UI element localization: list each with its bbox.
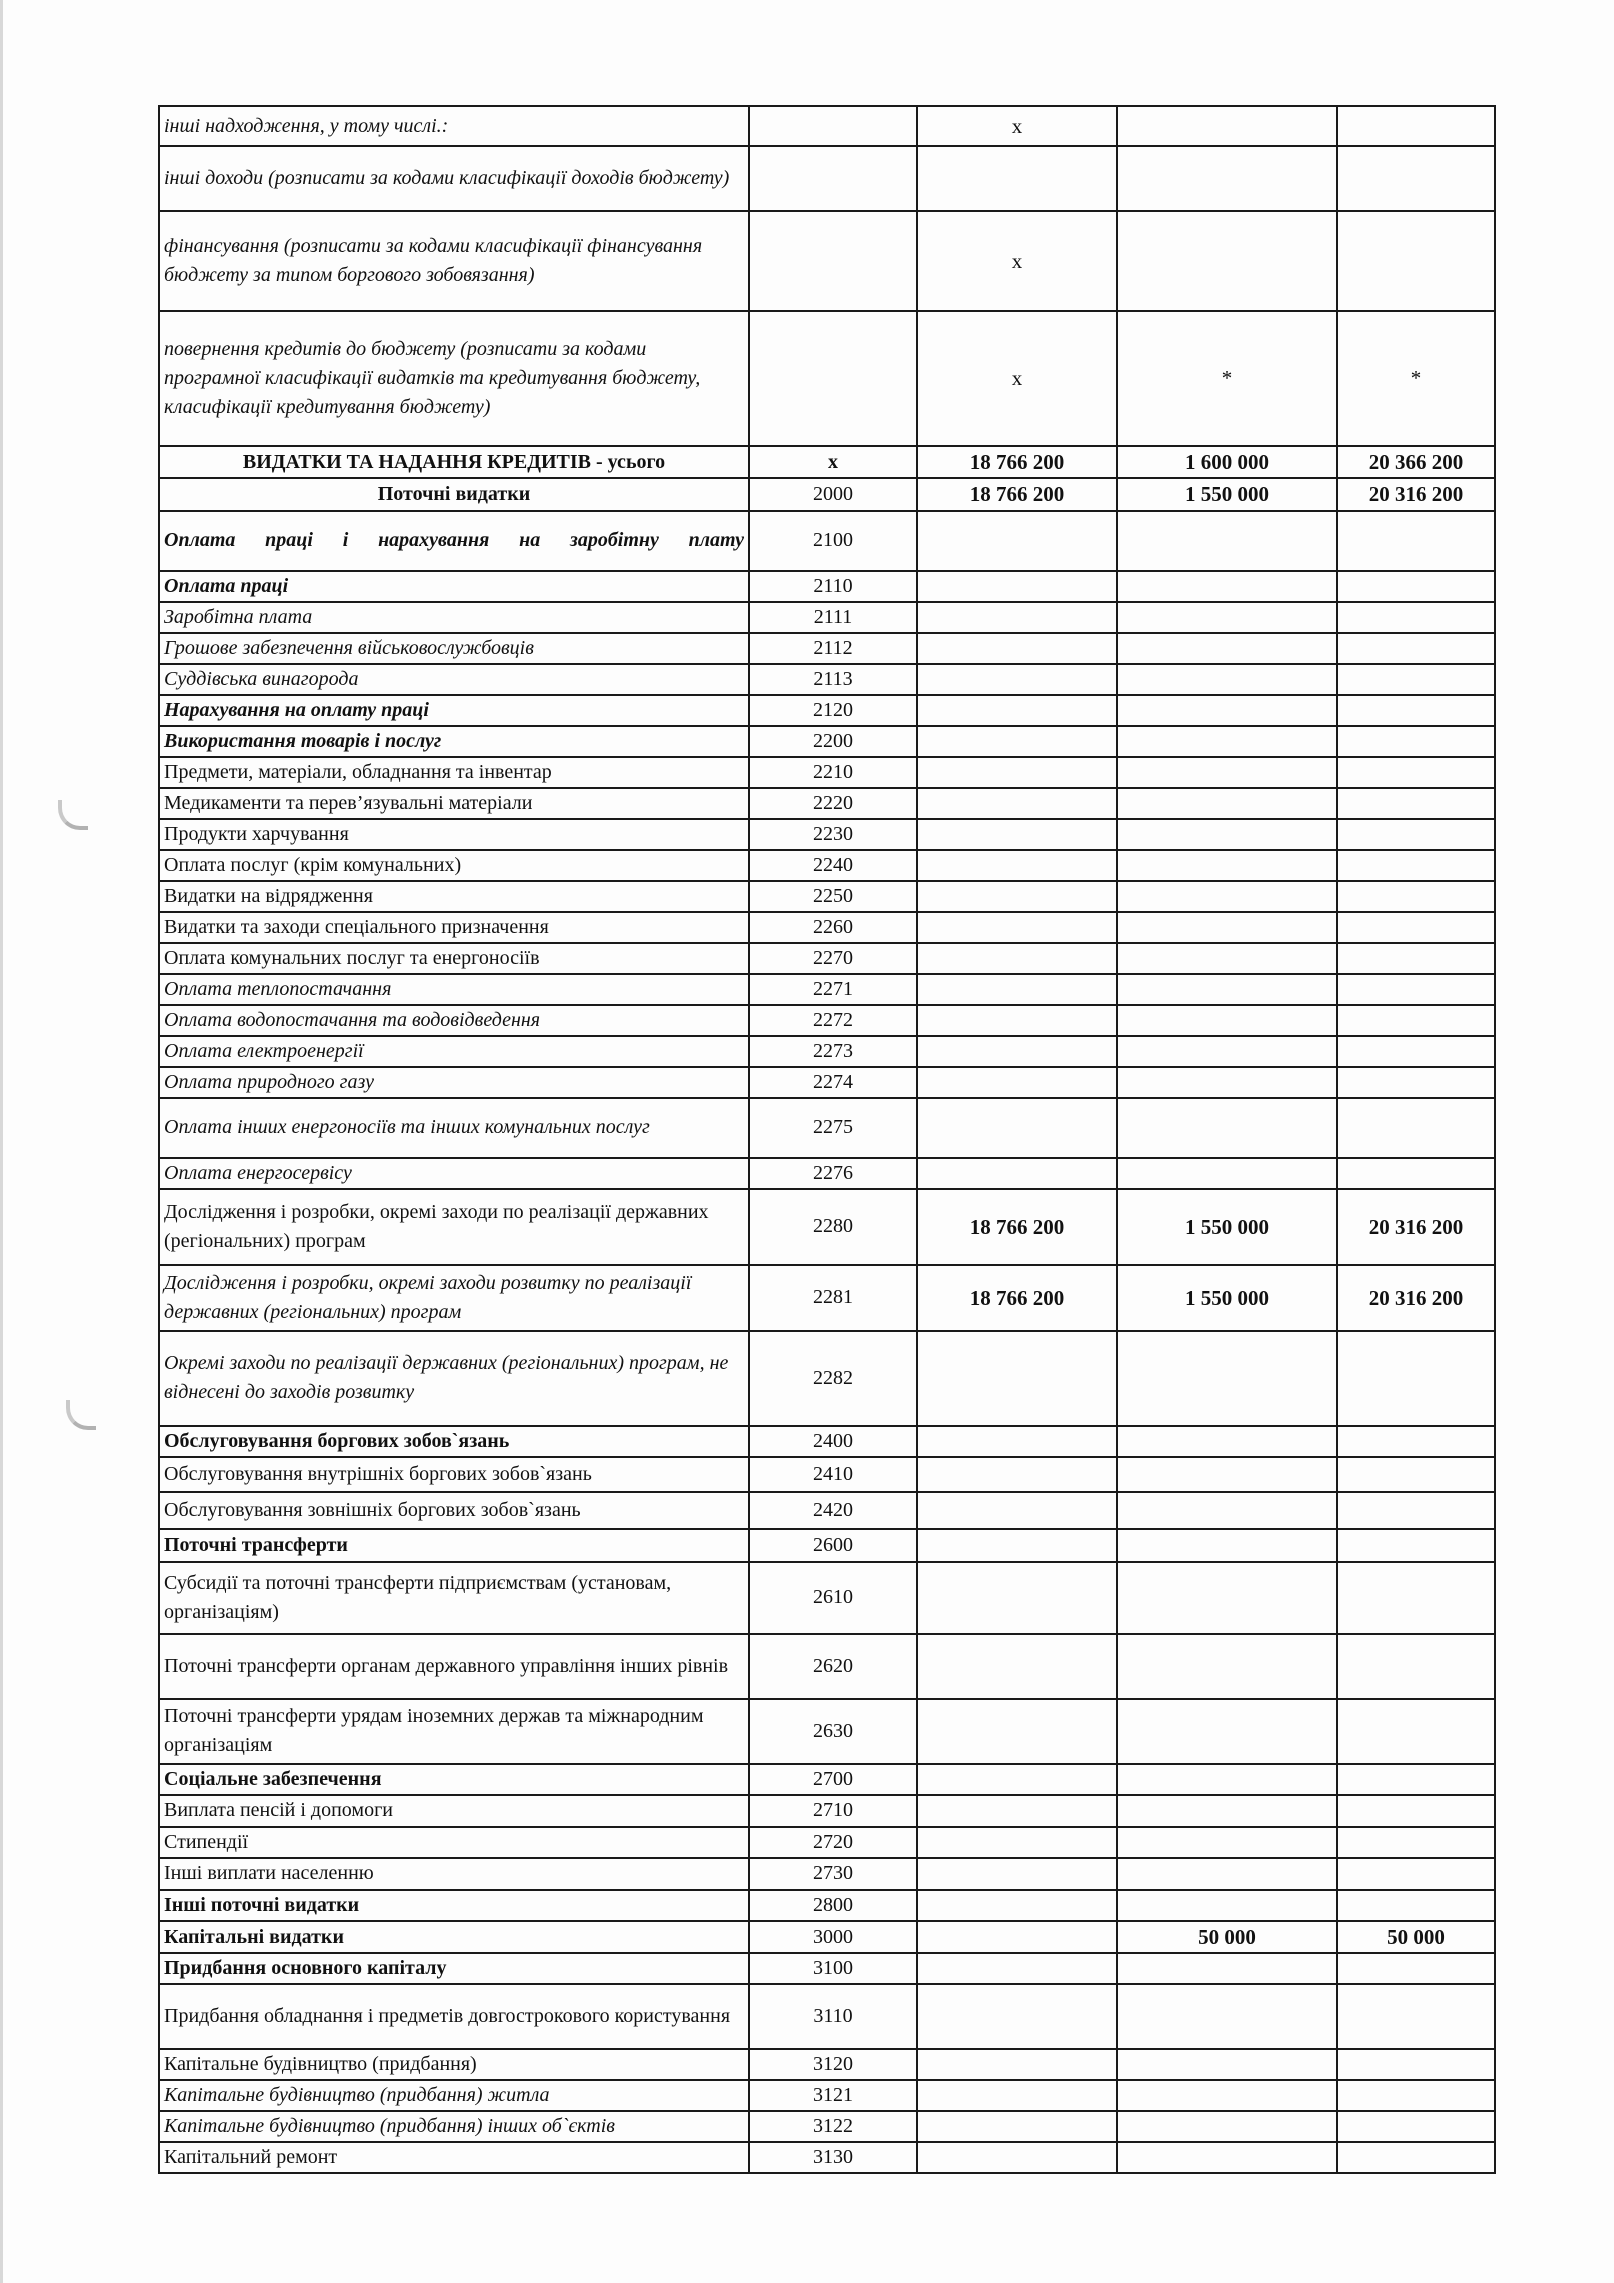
row-label: Оплата праці [159, 571, 749, 602]
row-value-col3 [1337, 1036, 1495, 1067]
row-value-col2 [1117, 2080, 1337, 2111]
row-value-col3 [1337, 881, 1495, 912]
row-value-col1 [917, 1984, 1117, 2049]
table-row: Субсидії та поточні трансферти підприємс… [159, 1562, 1495, 1634]
table-row: Оплата праці і нарахування на заробітну … [159, 511, 1495, 571]
row-code: 2630 [749, 1699, 917, 1764]
row-code: 2113 [749, 664, 917, 695]
row-value-col3 [1337, 1858, 1495, 1890]
row-value-col3 [1337, 1067, 1495, 1098]
row-value-col3 [1337, 1890, 1495, 1921]
row-code: 2400 [749, 1426, 917, 1457]
table-row: Оплата теплопостачання2271 [159, 974, 1495, 1005]
row-value-col3 [1337, 1158, 1495, 1189]
table-row: інші надходження, у тому числі.:x [159, 106, 1495, 146]
row-value-col3 [1337, 974, 1495, 1005]
row-value-col2 [1117, 602, 1337, 633]
row-label: Медикаменти та перев’язувальні матеріали [159, 788, 749, 819]
row-label: Оплата інших енергоносіїв та інших комун… [159, 1098, 749, 1158]
row-label: Окремі заходи по реалізації державних (р… [159, 1331, 749, 1426]
row-value-col3: 20 366 200 [1337, 446, 1495, 478]
row-value-col1: 18 766 200 [917, 446, 1117, 478]
row-value-col3 [1337, 2142, 1495, 2173]
table-row: Видатки та заходи спеціального призначен… [159, 912, 1495, 943]
row-label: Дослідження і розробки, окремі заходи по… [159, 1189, 749, 1265]
row-value-col1 [917, 2080, 1117, 2111]
table-row: Дослідження і розробки, окремі заходи ро… [159, 1265, 1495, 1331]
row-value-col2 [1117, 1067, 1337, 1098]
table-row: Оплата інших енергоносіїв та інших комун… [159, 1098, 1495, 1158]
row-code: 3120 [749, 2049, 917, 2080]
row-value-col1 [917, 695, 1117, 726]
row-code: 3100 [749, 1953, 917, 1984]
table-row: Заробітна плата2111 [159, 602, 1495, 633]
row-value-col2 [1117, 1457, 1337, 1492]
row-label: Обслуговування боргових зобов`язань [159, 1426, 749, 1457]
table-row: фінансування (розписати за кодами класиф… [159, 211, 1495, 311]
row-value-col1 [917, 1098, 1117, 1158]
row-value-col1 [917, 511, 1117, 571]
row-value-col1 [917, 1529, 1117, 1562]
row-value-col2 [1117, 788, 1337, 819]
row-value-col1 [917, 2142, 1117, 2173]
row-value-col1 [917, 1426, 1117, 1457]
row-label: Оплата послуг (крім комунальних) [159, 850, 749, 881]
row-label: Капітальне будівництво (придбання) [159, 2049, 749, 2080]
table-row: Обслуговування внутрішніх боргових зобов… [159, 1457, 1495, 1492]
table-row: інші доходи (розписати за кодами класифі… [159, 146, 1495, 211]
table-row: Придбання обладнання і предметів довгост… [159, 1984, 1495, 2049]
table-row: Оплата електроенергії2273 [159, 1036, 1495, 1067]
row-value-col3 [1337, 1492, 1495, 1529]
table-row: Окремі заходи по реалізації державних (р… [159, 1331, 1495, 1426]
row-value-col3 [1337, 1331, 1495, 1426]
table-row: Інші виплати населенню2730 [159, 1858, 1495, 1890]
row-value-col3 [1337, 1005, 1495, 1036]
row-value-col1 [917, 788, 1117, 819]
row-label: Оплата природного газу [159, 1067, 749, 1098]
row-code: 2275 [749, 1098, 917, 1158]
row-value-col2 [1117, 146, 1337, 211]
row-value-col3 [1337, 602, 1495, 633]
row-value-col1 [917, 1921, 1117, 1953]
row-label: Обслуговування зовнішніх боргових зобов`… [159, 1492, 749, 1529]
row-value-col3 [1337, 1984, 1495, 2049]
table-row: Видатки на відрядження2250 [159, 881, 1495, 912]
table-row: Оплата природного газу2274 [159, 1067, 1495, 1098]
row-value-col2 [1117, 1098, 1337, 1158]
row-value-col1 [917, 1953, 1117, 1984]
row-value-col3 [1337, 1562, 1495, 1634]
row-value-col1 [917, 1005, 1117, 1036]
row-value-col1 [917, 571, 1117, 602]
row-value-col2 [1117, 1764, 1337, 1795]
row-value-col1 [917, 1036, 1117, 1067]
row-code: 2273 [749, 1036, 917, 1067]
row-code: 2000 [749, 478, 917, 510]
row-code: 2730 [749, 1858, 917, 1890]
row-label: Продукти харчування [159, 819, 749, 850]
row-value-col3: * [1337, 311, 1495, 446]
row-label: Оплата електроенергії [159, 1036, 749, 1067]
row-value-col3 [1337, 2111, 1495, 2142]
row-code: x [749, 446, 917, 478]
row-value-col2 [1117, 1426, 1337, 1457]
row-code: 2111 [749, 602, 917, 633]
row-value-col1 [917, 1331, 1117, 1426]
row-value-col3 [1337, 571, 1495, 602]
row-label: Оплата комунальних послуг та енергоносії… [159, 943, 749, 974]
row-value-col2: * [1117, 311, 1337, 446]
row-value-col3 [1337, 1457, 1495, 1492]
row-code: 2271 [749, 974, 917, 1005]
row-value-col3 [1337, 788, 1495, 819]
row-value-col1 [917, 1795, 1117, 1827]
row-code: 3110 [749, 1984, 917, 2049]
row-value-col3 [1337, 1634, 1495, 1699]
row-value-col2 [1117, 2049, 1337, 2080]
table-row: Інші поточні видатки2800 [159, 1890, 1495, 1921]
row-code: 2250 [749, 881, 917, 912]
row-code: 2260 [749, 912, 917, 943]
row-value-col2 [1117, 633, 1337, 664]
row-value-col3 [1337, 633, 1495, 664]
row-code [749, 106, 917, 146]
row-value-col1 [917, 819, 1117, 850]
table-row: Медикаменти та перев’язувальні матеріали… [159, 788, 1495, 819]
row-value-col1 [917, 1457, 1117, 1492]
row-value-col1 [917, 146, 1117, 211]
row-value-col2 [1117, 1953, 1337, 1984]
row-value-col1 [917, 912, 1117, 943]
row-value-col3 [1337, 511, 1495, 571]
row-label: інші доходи (розписати за кодами класифі… [159, 146, 749, 211]
row-value-col1 [917, 726, 1117, 757]
row-value-col3 [1337, 1827, 1495, 1858]
table-body: інші надходження, у тому числі.:xінші до… [159, 106, 1495, 2173]
table-row: Капітальні видатки300050 00050 000 [159, 1921, 1495, 1953]
row-code: 2276 [749, 1158, 917, 1189]
row-label: Оплата теплопостачання [159, 974, 749, 1005]
row-label: Інші виплати населенню [159, 1858, 749, 1890]
row-value-col1 [917, 2049, 1117, 2080]
row-label: Капітальне будівництво (придбання) житла [159, 2080, 749, 2111]
row-value-col1 [917, 757, 1117, 788]
row-value-col3 [1337, 1953, 1495, 1984]
row-label: Нарахування на оплату праці [159, 695, 749, 726]
row-code: 2410 [749, 1457, 917, 1492]
row-value-col1 [917, 850, 1117, 881]
table-row: Продукти харчування2230 [159, 819, 1495, 850]
table-row: Предмети, матеріали, обладнання та інвен… [159, 757, 1495, 788]
row-label: Дослідження і розробки, окремі заходи ро… [159, 1265, 749, 1331]
row-label: Придбання обладнання і предметів довгост… [159, 1984, 749, 2049]
budget-expenditure-table: інші надходження, у тому числі.:xінші до… [158, 105, 1496, 2174]
row-value-col3 [1337, 819, 1495, 850]
row-value-col2 [1117, 850, 1337, 881]
table-row: Капітальний ремонт3130 [159, 2142, 1495, 2173]
row-value-col2 [1117, 1827, 1337, 1858]
row-value-col3 [1337, 1098, 1495, 1158]
row-label: Капітальне будівництво (придбання) інших… [159, 2111, 749, 2142]
row-value-col2 [1117, 912, 1337, 943]
table-row: Капітальне будівництво (придбання) житла… [159, 2080, 1495, 2111]
row-value-col3 [1337, 850, 1495, 881]
row-value-col3: 50 000 [1337, 1921, 1495, 1953]
row-code: 2110 [749, 571, 917, 602]
row-value-col2 [1117, 571, 1337, 602]
row-value-col3 [1337, 664, 1495, 695]
row-value-col1 [917, 974, 1117, 1005]
row-value-col2 [1117, 757, 1337, 788]
row-value-col2 [1117, 1634, 1337, 1699]
row-code: 2710 [749, 1795, 917, 1827]
row-label: Соціальне забезпечення [159, 1764, 749, 1795]
row-code: 2112 [749, 633, 917, 664]
table-row: Нарахування на оплату праці2120 [159, 695, 1495, 726]
row-value-col2 [1117, 2111, 1337, 2142]
table-row: Використання товарів і послуг2200 [159, 726, 1495, 757]
table-row: Виплата пенсій і допомоги2710 [159, 1795, 1495, 1827]
row-label: Капітальний ремонт [159, 2142, 749, 2173]
row-label: Оплата енергосервісу [159, 1158, 749, 1189]
row-value-col2 [1117, 819, 1337, 850]
row-value-col3 [1337, 1795, 1495, 1827]
table-row: Обслуговування боргових зобов`язань2400 [159, 1426, 1495, 1457]
table-row: Придбання основного капіталу3100 [159, 1953, 1495, 1984]
row-value-col1 [917, 664, 1117, 695]
table-row: Поточні трансферти урядам іноземних держ… [159, 1699, 1495, 1764]
row-value-col3 [1337, 695, 1495, 726]
row-value-col3 [1337, 2080, 1495, 2111]
row-value-col2: 1 600 000 [1117, 446, 1337, 478]
row-value-col1: x [917, 106, 1117, 146]
table-row: Грошове забезпечення військовослужбовців… [159, 633, 1495, 664]
row-value-col2 [1117, 1890, 1337, 1921]
row-label: Використання товарів і послуг [159, 726, 749, 757]
row-value-col1 [917, 1067, 1117, 1098]
table-row: Дослідження і розробки, окремі заходи по… [159, 1189, 1495, 1265]
row-label: Інші поточні видатки [159, 1890, 749, 1921]
row-value-col2 [1117, 1158, 1337, 1189]
row-value-col2 [1117, 1562, 1337, 1634]
row-label: Капітальні видатки [159, 1921, 749, 1953]
row-label: Поточні видатки [159, 478, 749, 510]
row-value-col3 [1337, 211, 1495, 311]
row-label: Предмети, матеріали, обладнання та інвен… [159, 757, 749, 788]
row-value-col2 [1117, 1699, 1337, 1764]
table-row: Оплата енергосервісу2276 [159, 1158, 1495, 1189]
row-label: Видатки та заходи спеціального призначен… [159, 912, 749, 943]
table-row: Поточні трансферти2600 [159, 1529, 1495, 1562]
row-value-col2 [1117, 1492, 1337, 1529]
row-code: 2620 [749, 1634, 917, 1699]
row-value-col2 [1117, 1984, 1337, 2049]
row-code: 2420 [749, 1492, 917, 1529]
row-label: Оплата водопостачання та водовідведення [159, 1005, 749, 1036]
row-label: Поточні трансферти [159, 1529, 749, 1562]
table-row: Соціальне забезпечення2700 [159, 1764, 1495, 1795]
row-label: інші надходження, у тому числі.: [159, 106, 749, 146]
row-code: 2230 [749, 819, 917, 850]
row-value-col3: 20 316 200 [1337, 1189, 1495, 1265]
row-code: 3000 [749, 1921, 917, 1953]
row-value-col3 [1337, 1764, 1495, 1795]
row-label: Заробітна плата [159, 602, 749, 633]
table-row: Оплата послуг (крім комунальних)2240 [159, 850, 1495, 881]
table-row: Обслуговування зовнішніх боргових зобов`… [159, 1492, 1495, 1529]
row-value-col1 [917, 943, 1117, 974]
row-label: Суддівська винагорода [159, 664, 749, 695]
row-value-col1 [917, 1634, 1117, 1699]
row-code: 2610 [749, 1562, 917, 1634]
row-value-col2 [1117, 511, 1337, 571]
row-code: 2800 [749, 1890, 917, 1921]
row-value-col1 [917, 1890, 1117, 1921]
row-value-col2 [1117, 1795, 1337, 1827]
row-code: 2282 [749, 1331, 917, 1426]
row-code: 2281 [749, 1265, 917, 1331]
row-code: 2700 [749, 1764, 917, 1795]
row-value-col1 [917, 881, 1117, 912]
row-code: 2272 [749, 1005, 917, 1036]
table-row: Оплата комунальних послуг та енергоносії… [159, 943, 1495, 974]
row-value-col2 [1117, 2142, 1337, 2173]
row-value-col1 [917, 1699, 1117, 1764]
row-code: 2100 [749, 511, 917, 571]
row-value-col2 [1117, 1331, 1337, 1426]
row-value-col2 [1117, 211, 1337, 311]
row-value-col1 [917, 1562, 1117, 1634]
table-row: ВИДАТКИ ТА НАДАННЯ КРЕДИТІВ - усьогоx18 … [159, 446, 1495, 478]
row-code: 2240 [749, 850, 917, 881]
row-value-col2 [1117, 664, 1337, 695]
row-value-col1 [917, 1827, 1117, 1858]
row-code: 2200 [749, 726, 917, 757]
row-value-col2: 1 550 000 [1117, 1265, 1337, 1331]
row-value-col3 [1337, 146, 1495, 211]
row-value-col2 [1117, 726, 1337, 757]
row-value-col3 [1337, 1699, 1495, 1764]
table-row: Поточні трансферти органам державного уп… [159, 1634, 1495, 1699]
row-code: 2120 [749, 695, 917, 726]
row-code: 3122 [749, 2111, 917, 2142]
row-value-col2: 1 550 000 [1117, 478, 1337, 510]
row-value-col1 [917, 1764, 1117, 1795]
row-code: 2280 [749, 1189, 917, 1265]
row-value-col2 [1117, 1529, 1337, 1562]
row-value-col1 [917, 1858, 1117, 1890]
row-label: Грошове забезпечення військовослужбовців [159, 633, 749, 664]
row-value-col3 [1337, 943, 1495, 974]
row-label: Обслуговування внутрішніх боргових зобов… [159, 1457, 749, 1492]
row-code: 2720 [749, 1827, 917, 1858]
table-row: Поточні видатки200018 766 2001 550 00020… [159, 478, 1495, 510]
row-code: 2274 [749, 1067, 917, 1098]
row-code: 2270 [749, 943, 917, 974]
row-value-col3 [1337, 912, 1495, 943]
row-value-col1 [917, 602, 1117, 633]
row-code [749, 146, 917, 211]
row-label: Поточні трансферти органам державного уп… [159, 1634, 749, 1699]
row-value-col1: x [917, 311, 1117, 446]
row-label: Оплата праці і нарахування на заробітну … [159, 511, 749, 571]
row-label: фінансування (розписати за кодами класиф… [159, 211, 749, 311]
row-value-col3: 20 316 200 [1337, 1265, 1495, 1331]
row-label: Придбання основного капіталу [159, 1953, 749, 1984]
row-label: Субсидії та поточні трансферти підприємс… [159, 1562, 749, 1634]
row-code: 2220 [749, 788, 917, 819]
scan-edge [0, 0, 3, 2283]
row-value-col3 [1337, 106, 1495, 146]
row-label: Поточні трансферти урядам іноземних держ… [159, 1699, 749, 1764]
table-row: Оплата праці2110 [159, 571, 1495, 602]
row-value-col1 [917, 2111, 1117, 2142]
row-value-col3 [1337, 757, 1495, 788]
row-label: Стипендії [159, 1827, 749, 1858]
row-code [749, 211, 917, 311]
row-code: 2600 [749, 1529, 917, 1562]
row-value-col1: x [917, 211, 1117, 311]
row-code: 2210 [749, 757, 917, 788]
row-value-col1: 18 766 200 [917, 1265, 1117, 1331]
row-value-col1 [917, 1158, 1117, 1189]
table-row: Оплата водопостачання та водовідведення2… [159, 1005, 1495, 1036]
row-value-col1 [917, 633, 1117, 664]
row-value-col3 [1337, 1426, 1495, 1457]
row-value-col3 [1337, 1529, 1495, 1562]
row-value-col2 [1117, 974, 1337, 1005]
row-value-col2 [1117, 1858, 1337, 1890]
table-row: Стипендії2720 [159, 1827, 1495, 1858]
row-label: Виплата пенсій і допомоги [159, 1795, 749, 1827]
row-value-col2 [1117, 1005, 1337, 1036]
row-value-col2: 1 550 000 [1117, 1189, 1337, 1265]
table-row: Капітальне будівництво (придбання) інших… [159, 2111, 1495, 2142]
row-value-col1 [917, 1492, 1117, 1529]
row-value-col2 [1117, 881, 1337, 912]
row-value-col1: 18 766 200 [917, 478, 1117, 510]
row-label: ВИДАТКИ ТА НАДАННЯ КРЕДИТІВ - усього [159, 446, 749, 478]
row-value-col2 [1117, 1036, 1337, 1067]
row-label: Видатки на відрядження [159, 881, 749, 912]
row-value-col2 [1117, 943, 1337, 974]
row-code: 3130 [749, 2142, 917, 2173]
row-value-col3: 20 316 200 [1337, 478, 1495, 510]
row-value-col2: 50 000 [1117, 1921, 1337, 1953]
table-row: Капітальне будівництво (придбання)3120 [159, 2049, 1495, 2080]
row-value-col3 [1337, 2049, 1495, 2080]
row-code: 3121 [749, 2080, 917, 2111]
row-value-col3 [1337, 726, 1495, 757]
row-label: повернення кредитів до бюджету (розписат… [159, 311, 749, 446]
row-value-col2 [1117, 695, 1337, 726]
row-value-col1: 18 766 200 [917, 1189, 1117, 1265]
row-value-col2 [1117, 106, 1337, 146]
table-row: повернення кредитів до бюджету (розписат… [159, 311, 1495, 446]
punch-hole-mark [58, 800, 88, 830]
punch-hole-mark [66, 1400, 96, 1430]
table-row: Суддівська винагорода2113 [159, 664, 1495, 695]
row-code [749, 311, 917, 446]
